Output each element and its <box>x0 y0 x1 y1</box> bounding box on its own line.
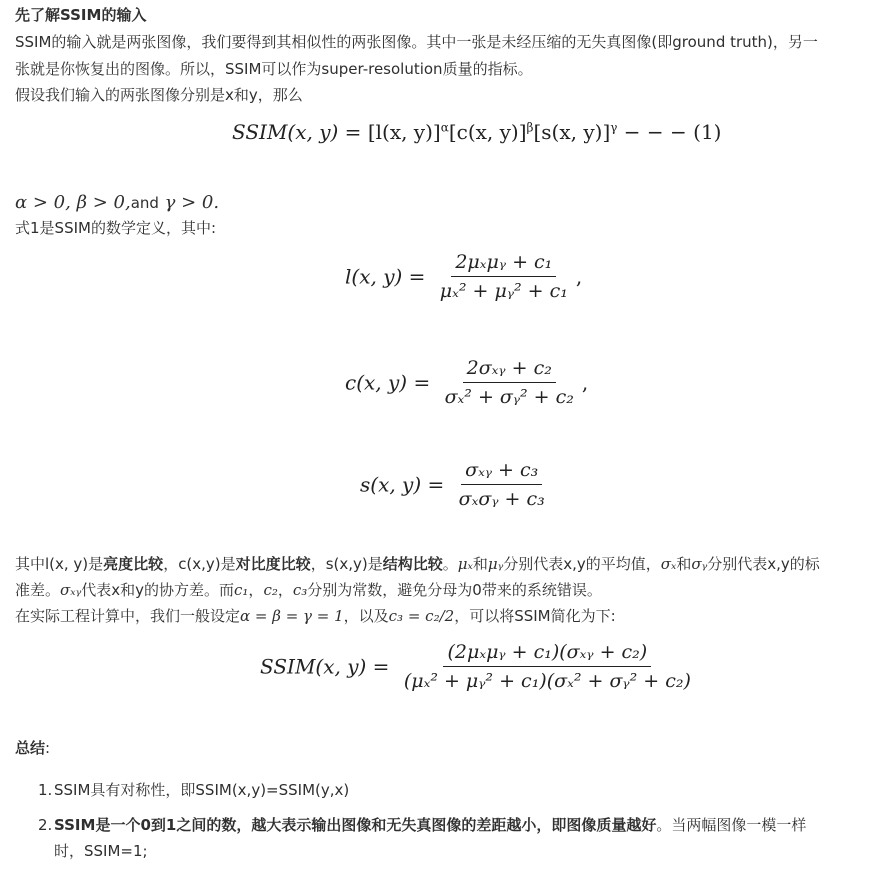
contrast-equation: c(x, y) = 2σₓᵧ + c₂σₓ² + σᵧ² + c₂, <box>345 356 588 409</box>
explanation-text: 代表x和y的协方差。而 <box>81 581 234 599</box>
c2-symbol: c₂ <box>263 581 277 599</box>
eq1-alpha: α <box>441 120 449 134</box>
explanation-text: ，s(x,y)是 <box>311 555 383 573</box>
article-body: 先了解SSIM的输入 SSIM的输入就是两张图像，我们要得到其相似性的两张图像。… <box>0 0 874 873</box>
explanation-text: 分别代表x,y的平均值， <box>503 555 661 573</box>
luminance-equation: l(x, y) = 2μₓμᵧ + c₁μₓ² + μᵧ² + c₁, <box>345 250 582 303</box>
c3-symbol: c₃ <box>293 581 307 599</box>
summary-list-item-1: 1.SSIM具有对称性，即SSIM(x,y)=SSIM(y,x) <box>38 778 349 802</box>
contrast-lhs: c(x, y) = <box>345 371 437 395</box>
structure-term: 结构比较 <box>383 555 443 573</box>
constraint-line: α > 0, β > 0,and γ > 0. <box>15 190 219 216</box>
mu-y-symbol: μᵧ <box>488 555 503 573</box>
constraint-math-2: γ > 0. <box>159 192 219 213</box>
luminance-numerator: 2μₓμᵧ + c₁ <box>451 250 556 277</box>
structure-denominator: σₓσᵧ + c₃ <box>455 485 549 511</box>
luminance-lhs: l(x, y) = <box>345 265 432 289</box>
constraint-math-1: α > 0, β > 0, <box>15 192 131 213</box>
simplified-ssim-equation: SSIM(x, y) = (2μₓμᵧ + c₁)(σₓᵧ + c₂)(μₓ² … <box>260 640 699 693</box>
separator: ， <box>248 581 263 599</box>
definition-intro: 式1是SSIM的数学定义，其中: <box>15 217 216 239</box>
eq1-lhs: SSIM(x, y) = <box>232 120 368 144</box>
summary-colon: : <box>45 739 50 757</box>
explanation-text: ，c(x,y)是 <box>163 555 235 573</box>
ssim-definition-equation: SSIM(x, y) = [l(x, y)]α[c(x, y)]β[s(x, y… <box>232 120 721 144</box>
intro-paragraph-line-1: SSIM的输入就是两张图像，我们要得到其相似性的两张图像。其中一张是未经压缩的无… <box>15 31 818 53</box>
contrast-comma: , <box>582 371 588 395</box>
explanation-line-2: 准差。σₓᵧ代表x和y的协方差。而c₁，c₂，c₃分别为常数，避免分母为0带来的… <box>15 579 602 601</box>
list-bold-text: SSIM是一个0到1之间的数，越大表示输出图像和无失真图像的差距越小，即图像质量… <box>54 816 656 834</box>
summary-list-item-2: 2.SSIM是一个0到1之间的数，越大表示输出图像和无失真图像的差距越小，即图像… <box>38 813 806 837</box>
luminance-fraction: 2μₓμᵧ + c₁μₓ² + μᵧ² + c₁ <box>436 250 572 303</box>
mu-x-symbol: μₓ <box>458 555 473 573</box>
simplified-lhs: SSIM(x, y) = <box>260 655 396 679</box>
eq1-contrast-term: [c(x, y)] <box>449 120 527 144</box>
summary-title: 总结 <box>15 739 45 757</box>
contrast-fraction: 2σₓᵧ + c₂σₓ² + σᵧ² + c₂ <box>441 356 578 409</box>
explanation-text: 在实际工程计算中，我们一般设定 <box>15 607 240 625</box>
sigma-x-symbol: σₓ <box>661 555 677 573</box>
intro-paragraph-line-3: 假设我们输入的两张图像分别是x和y，那么 <box>15 84 303 106</box>
explanation-text: 分别代表x,y的标 <box>707 555 820 573</box>
c3-setting-math: c₃ = c₂/2 <box>389 607 455 625</box>
structure-equation: s(x, y) = σₓᵧ + c₃σₓσᵧ + c₃ <box>360 458 553 511</box>
simplified-denominator: (μₓ² + μᵧ² + c₁)(σₓ² + σᵧ² + c₂) <box>400 667 695 693</box>
structure-fraction: σₓᵧ + c₃σₓσᵧ + c₃ <box>455 458 549 511</box>
simplified-fraction: (2μₓμᵧ + c₁)(σₓᵧ + c₂)(μₓ² + μᵧ² + c₁)(σ… <box>400 640 695 693</box>
intro-paragraph-line-2: 张就是你恢复出的图像。所以，SSIM可以作为super-resolution质量… <box>15 58 533 80</box>
explanation-text: 和 <box>473 555 488 573</box>
structure-numerator: σₓᵧ + c₃ <box>461 458 542 485</box>
luminance-denominator: μₓ² + μᵧ² + c₁ <box>436 277 572 303</box>
sigma-y-symbol: σᵧ <box>691 555 707 573</box>
section-heading: 先了解SSIM的输入 <box>15 4 146 26</box>
simplified-numerator: (2μₓμᵧ + c₁)(σₓᵧ + c₂) <box>443 640 651 667</box>
list-text: SSIM具有对称性，即SSIM(x,y)=SSIM(y,x) <box>54 781 349 799</box>
separator: ， <box>278 581 293 599</box>
explanation-text: 和 <box>676 555 691 573</box>
explanation-line-3: 在实际工程计算中，我们一般设定α = β = γ = 1，以及c₃ = c₂/2… <box>15 605 616 627</box>
luminance-term: 亮度比较 <box>103 555 163 573</box>
parameter-setting-math: α = β = γ = 1 <box>240 607 344 625</box>
explanation-text: 。 <box>443 555 458 573</box>
eq1-structure-term: [s(x, y)] <box>533 120 610 144</box>
list-number: 1. <box>38 778 54 802</box>
eq1-label: − − − (1) <box>617 120 721 144</box>
contrast-denominator: σₓ² + σᵧ² + c₂ <box>441 383 578 409</box>
explanation-text: ，可以将SSIM简化为下: <box>454 607 615 625</box>
list-number: 2. <box>38 813 54 837</box>
contrast-term: 对比度比较 <box>236 555 311 573</box>
explanation-text: 分别为常数，避免分母为0带来的系统错误。 <box>307 581 602 599</box>
luminance-comma: , <box>576 265 582 289</box>
list-text: 。当两幅图像一模一样 <box>656 816 806 834</box>
explanation-text: 其中l(x, y)是 <box>15 555 103 573</box>
structure-lhs: s(x, y) = <box>360 473 451 497</box>
explanation-text: 准差。 <box>15 581 60 599</box>
c1-symbol: c₁ <box>234 581 248 599</box>
explanation-line-1: 其中l(x, y)是亮度比较，c(x,y)是对比度比较，s(x,y)是结构比较。… <box>15 553 820 575</box>
sigma-xy-symbol: σₓᵧ <box>60 581 81 599</box>
contrast-numerator: 2σₓᵧ + c₂ <box>463 356 556 383</box>
eq1-luminance-term: [l(x, y)] <box>368 120 441 144</box>
summary-list-item-2-continuation: 时，SSIM=1; <box>54 839 148 863</box>
explanation-text: ，以及 <box>344 607 389 625</box>
summary-heading: 总结: <box>15 737 50 759</box>
constraint-and: and <box>131 194 159 212</box>
